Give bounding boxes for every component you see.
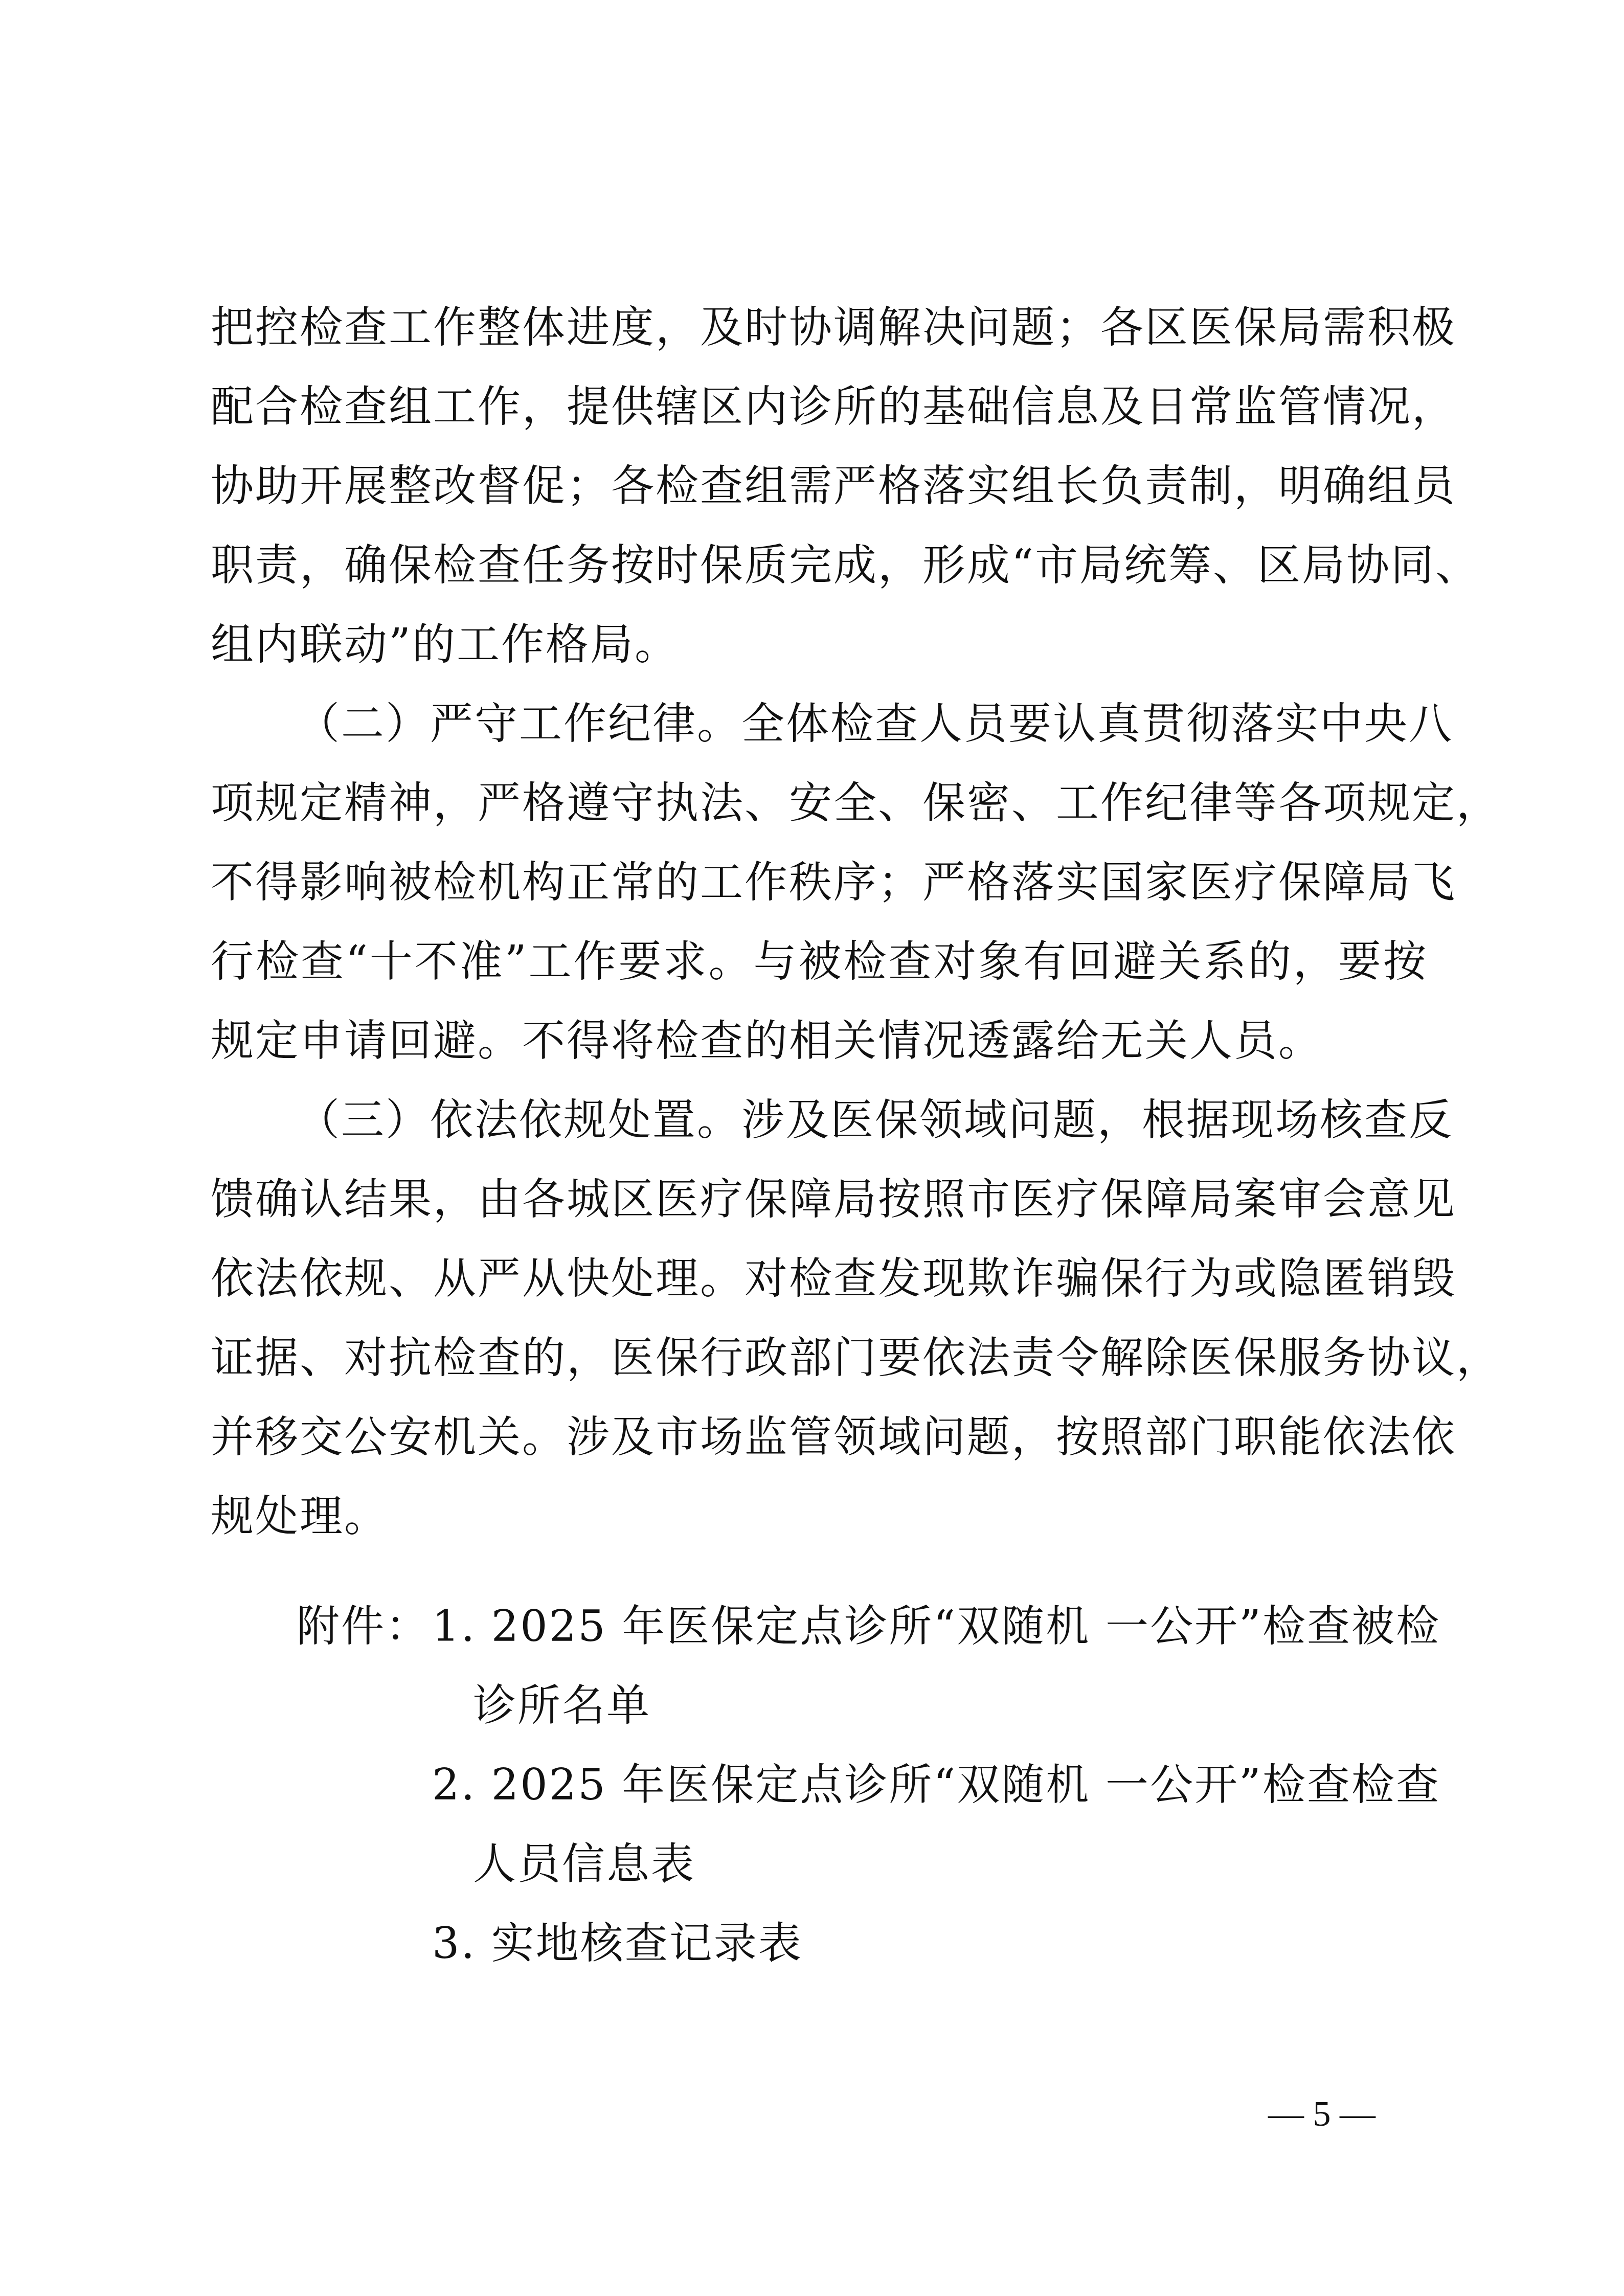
- paragraph-line: 馈确认结果，由各城区医疗保障局按照市医疗保障局案审会意见: [211, 1174, 1428, 1225]
- paragraph-line: 项规定精神，严格遵守执法、安全、保密、工作纪律等各项规定，: [211, 777, 1428, 828]
- paragraph-line: 组内联动”的工作格局。: [211, 619, 1428, 670]
- paragraph-line: 把控检查工作整体进度，及时协调解决问题；各区医保局需积极: [211, 302, 1428, 353]
- document-page: 把控检查工作整体进度，及时协调解决问题；各区医保局需积极 配合检查组工作，提供辖…: [0, 0, 1624, 2296]
- paragraph-line: 配合检查组工作，提供辖区内诊所的基础信息及日常监管情况，: [211, 381, 1428, 432]
- attachment-item-2: 2. 2025 年医保定点诊所“双随机 一公开”检查检查: [432, 1759, 1428, 1810]
- paragraph-line: 规处理。: [211, 1491, 1428, 1542]
- paragraph-line: 行检查“十不准”工作要求。与被检查对象有回避关系的，要按: [211, 936, 1428, 987]
- paragraph-line: 并移交公安机关。涉及市场监管领域问题，按照部门职能依法依: [211, 1411, 1428, 1462]
- attachment-item-1-continued: 诊所名单: [473, 1680, 651, 1731]
- paragraph-line: 协助开展整改督促；各检查组需严格落实组长负责制，明确组员: [211, 460, 1428, 511]
- attachment-item-1: 1. 2025 年医保定点诊所“双随机 一公开”检查被检: [432, 1601, 1428, 1652]
- paragraph-line: 证据、对抗检查的，医保行政部门要依法责令解除医保服务协议，: [211, 1332, 1428, 1383]
- section-heading-line: （二）严守工作纪律。全体检查人员要认真贯彻落实中央八: [297, 698, 1428, 749]
- paragraph-line: 规定申请回避。不得将检查的相关情况透露给无关人员。: [211, 1015, 1428, 1066]
- section-heading-line: （三）依法依规处置。涉及医保领域问题，根据现场核查反: [297, 1094, 1428, 1145]
- page-number: — 5 —: [1268, 2094, 1375, 2135]
- attachment-item-3: 3. 实地核查记录表: [432, 1918, 803, 1969]
- attachment-item-2-continued: 人员信息表: [473, 1838, 695, 1889]
- paragraph-line: 不得影响被检机构正常的工作秩序；严格落实国家医疗保障局飞: [211, 857, 1428, 908]
- attachments-label: 附件：: [297, 1601, 430, 1652]
- paragraph-line: 职责，确保检查任务按时保质完成，形成“市局统筹、区局协同、: [211, 539, 1428, 591]
- paragraph-line: 依法依规、从严从快处理。对检查发现欺诈骗保行为或隐匿销毁: [211, 1253, 1428, 1304]
